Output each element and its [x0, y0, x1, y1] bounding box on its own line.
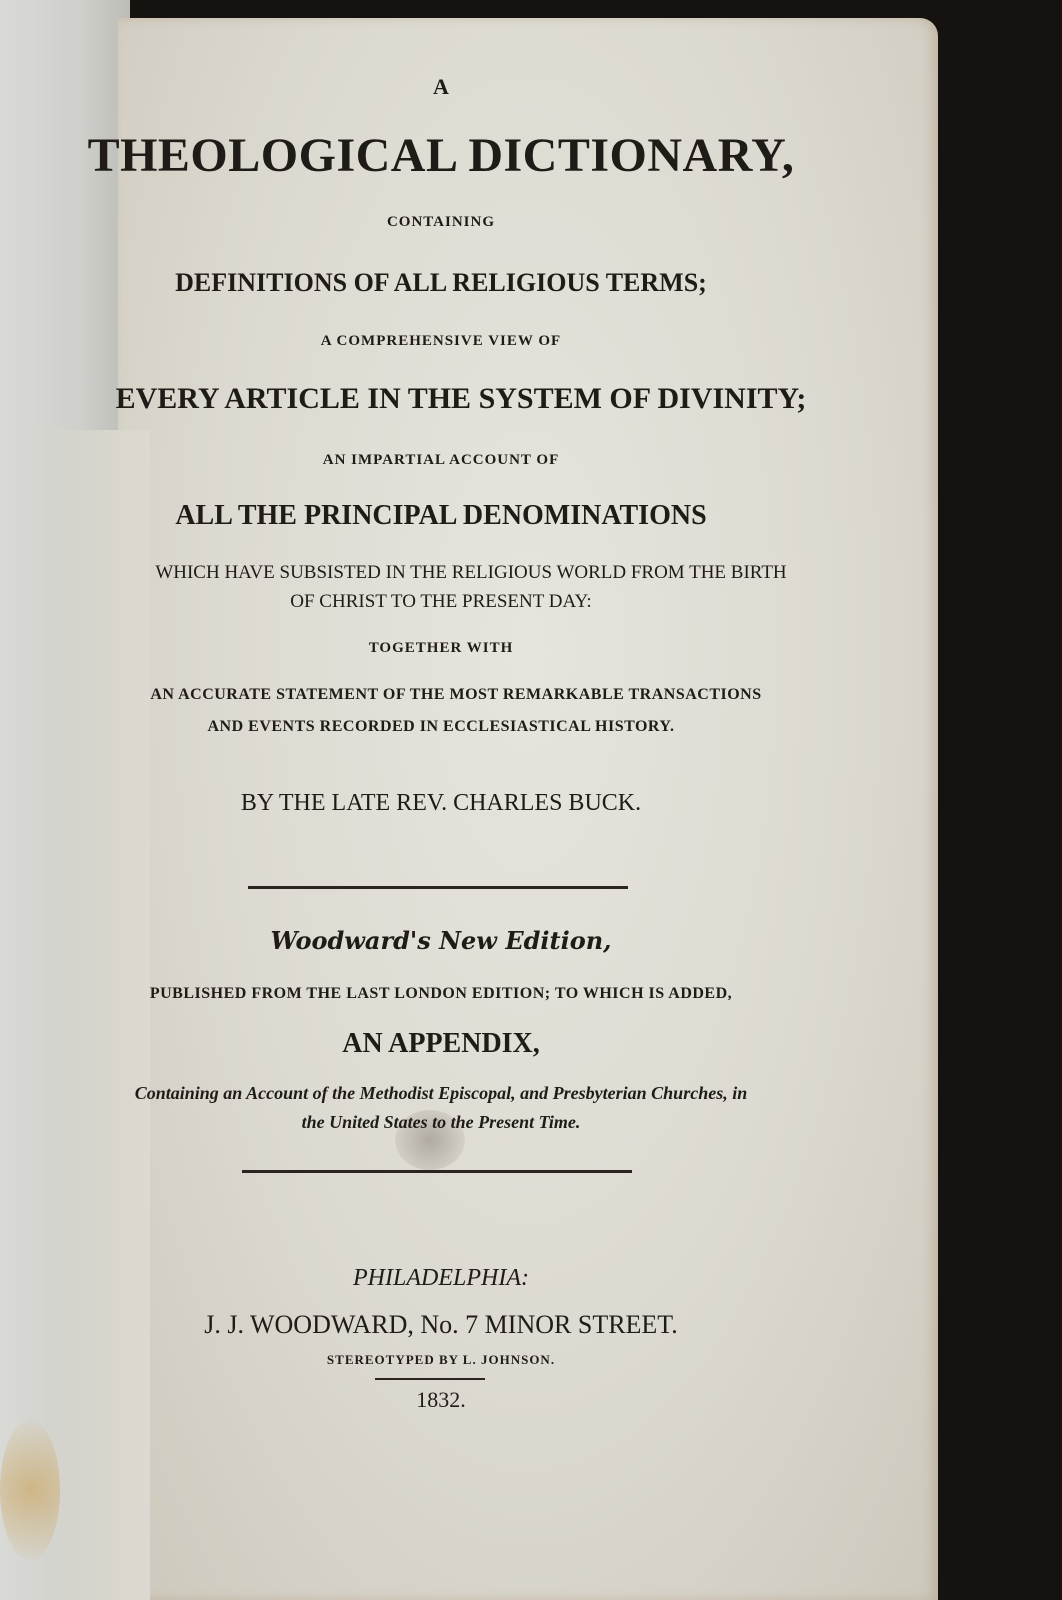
subsisted-line-1: WHICH HAVE SUBSISTED IN THE RELIGIOUS WO…	[0, 562, 1002, 584]
city-line: PHILADELPHIA:	[0, 1265, 972, 1292]
subsisted-line-2: OF CHRIST TO THE PRESENT DAY:	[0, 591, 972, 613]
appendix-description-2: the United States to the Present Time.	[0, 1112, 972, 1133]
definitions-line: DEFINITIONS OF ALL RELIGIOUS TERMS;	[0, 268, 972, 298]
divider-rule	[242, 1170, 632, 1173]
book-title: THEOLOGICAL DICTIONARY,	[0, 128, 972, 183]
publisher-line: J. J. WOODWARD, No. 7 MINOR STREET.	[0, 1310, 972, 1340]
statement-line-1: AN ACCURATE STATEMENT OF THE MOST REMARK…	[0, 686, 987, 704]
appendix-description-1: Containing an Account of the Methodist E…	[0, 1083, 972, 1104]
together-line: TOGETHER WITH	[0, 640, 972, 657]
title-article: A	[0, 74, 972, 100]
divider-rule	[248, 886, 628, 889]
impartial-line: AN IMPARTIAL ACCOUNT OF	[0, 452, 972, 469]
appendix-heading: AN APPENDIX,	[0, 1028, 972, 1060]
comprehensive-line: A COMPREHENSIVE VIEW OF	[0, 333, 972, 350]
stain	[0, 1420, 60, 1560]
statement-line-2: AND EVENTS RECORDED IN ECCLESIASTICAL HI…	[0, 718, 972, 736]
published-line: PUBLISHED FROM THE LAST LONDON EDITION; …	[0, 985, 972, 1003]
containing-label: CONTAINING	[0, 214, 972, 231]
small-rule	[375, 1378, 485, 1380]
stereotyped-line: STEREOTYPED BY L. JOHNSON.	[0, 1352, 972, 1368]
denominations-line: ALL THE PRINCIPAL DENOMINATIONS	[0, 500, 972, 532]
edition-line: Woodward's New Edition,	[0, 926, 972, 955]
author-line: BY THE LATE REV. CHARLES BUCK.	[0, 790, 972, 817]
year-line: 1832.	[0, 1387, 972, 1413]
every-article-line: EVERY ARTICLE IN THE SYSTEM OF DIVINITY;	[0, 382, 992, 416]
